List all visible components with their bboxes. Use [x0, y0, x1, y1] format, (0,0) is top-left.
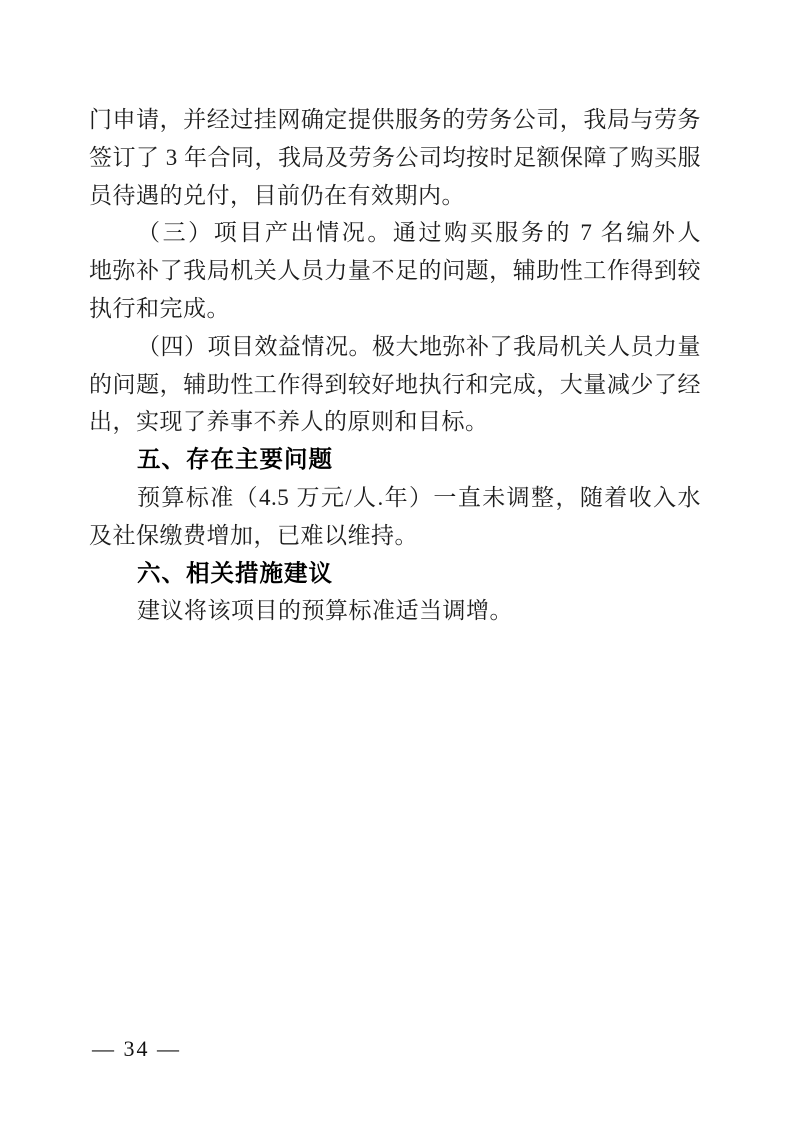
- section-heading: 六、相关措施建议: [89, 555, 701, 593]
- text-line: （三）项目产出情况。通过购买服务的 7 名编外人员，极大: [89, 214, 701, 252]
- run-in-subheading: （三）项目产出情况。: [137, 220, 393, 245]
- section-heading: 五、存在主要问题: [89, 441, 701, 479]
- text-line: 出，实现了养事不养人的原则和目标。: [89, 403, 701, 441]
- paragraph: 预算标准（4.5 万元/人.年）一直未调整，随着收入水平提高 及社保缴费增加，已…: [89, 479, 701, 555]
- run-in-subheading: （四）项目效益情况。: [137, 334, 372, 359]
- text-line: 门申请，并经过挂网确定提供服务的劳务公司，我局与劳务公司: [89, 101, 701, 139]
- text-line: 建议将该项目的预算标准适当调增。: [89, 592, 701, 630]
- document-page: 门申请，并经过挂网确定提供服务的劳务公司，我局与劳务公司 签订了 3 年合同，我…: [0, 0, 793, 1122]
- section: 六、相关措施建议: [89, 555, 701, 593]
- text-line: 签订了 3 年合同，我局及劳务公司均按时足额保障了购买服务人: [89, 139, 701, 177]
- text-line: 地弥补了我局机关人员力量不足的问题，辅助性工作得到较好地: [89, 252, 701, 290]
- text-line: 的问题，辅助性工作得到较好地执行和完成，大量减少了经费支: [89, 366, 701, 404]
- section: 五、存在主要问题: [89, 441, 701, 479]
- paragraph: 门申请，并经过挂网确定提供服务的劳务公司，我局与劳务公司 签订了 3 年合同，我…: [89, 101, 701, 214]
- paragraph: 建议将该项目的预算标准适当调增。: [89, 592, 701, 630]
- text-line: 执行和完成。: [89, 290, 701, 328]
- text-line: （四）项目效益情况。极大地弥补了我局机关人员力量不足: [89, 328, 701, 366]
- paragraph: （四）项目效益情况。极大地弥补了我局机关人员力量不足 的问题，辅助性工作得到较好…: [89, 328, 701, 441]
- page-number: — 34 —: [92, 1036, 181, 1062]
- document-body: 门申请，并经过挂网确定提供服务的劳务公司，我局与劳务公司 签订了 3 年合同，我…: [89, 101, 701, 630]
- text-line: 员待遇的兑付，目前仍在有效期内。: [89, 177, 701, 215]
- paragraph: （三）项目产出情况。通过购买服务的 7 名编外人员，极大 地弥补了我局机关人员力…: [89, 214, 701, 327]
- text-line: 预算标准（4.5 万元/人.年）一直未调整，随着收入水平提高: [89, 479, 701, 517]
- text-line: 及社保缴费增加，已难以维持。: [89, 517, 701, 555]
